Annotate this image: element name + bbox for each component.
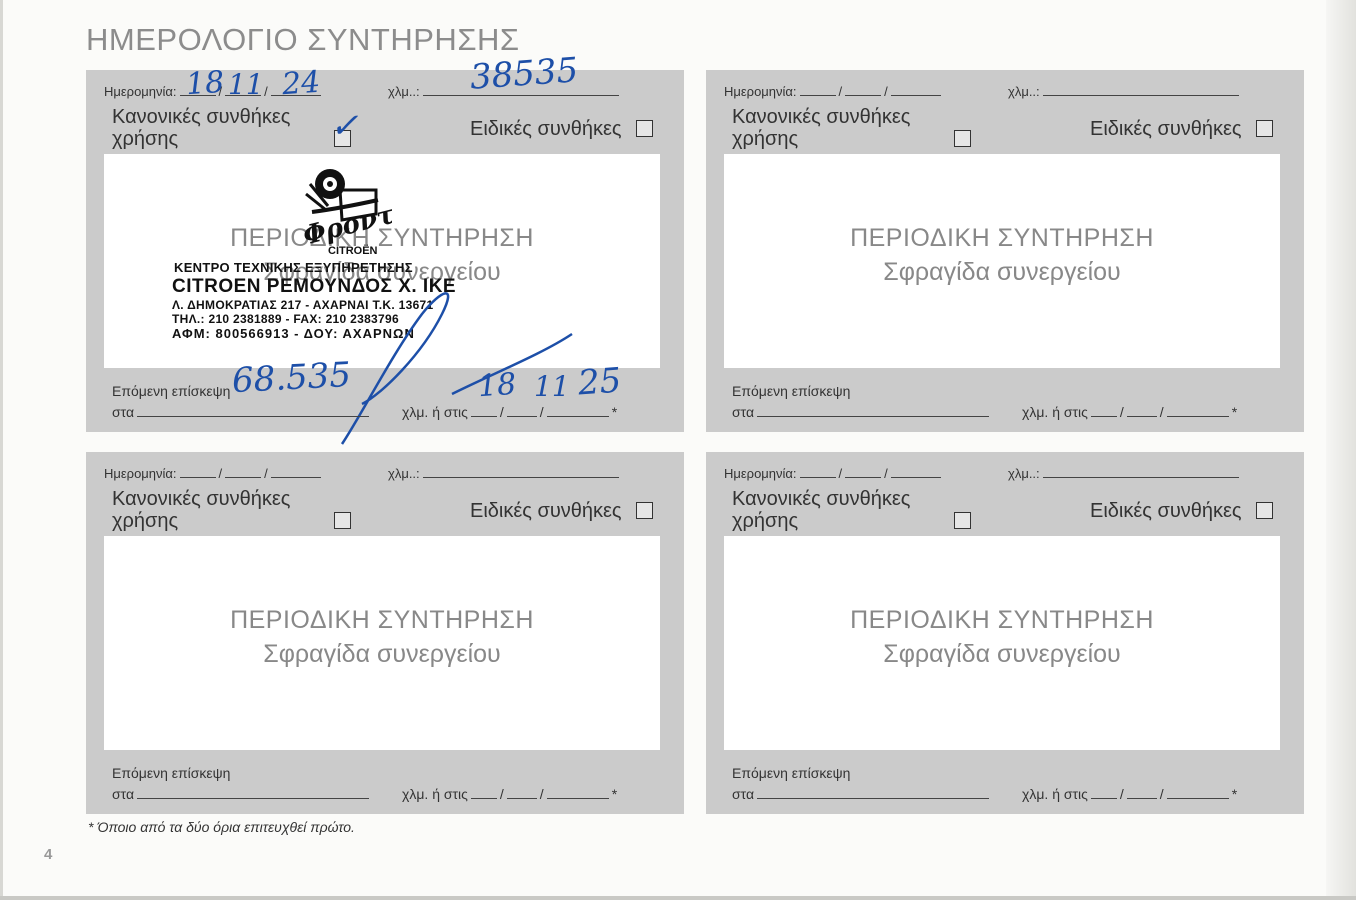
- date-label: Ημερομηνία:: [104, 466, 177, 481]
- next-visit-date-row: χλμ. ή στις//*: [1022, 404, 1237, 420]
- next-visit-km-row: στα: [732, 404, 992, 420]
- page-bottom-edge: [0, 896, 1356, 900]
- date-label: Ημερομηνία:: [724, 466, 797, 481]
- km-or-at-label: χλμ. ή στις: [1022, 404, 1088, 420]
- date-field-row: Ημερομηνία://: [104, 465, 324, 481]
- km-label: χλμ..:: [1008, 466, 1040, 481]
- at-label: στα: [732, 404, 754, 420]
- handwritten-date-year: 24: [281, 65, 322, 103]
- km-or-at-label: χλμ. ή στις: [402, 786, 468, 802]
- next-visit-day-field[interactable]: [1091, 786, 1117, 799]
- date-month-field[interactable]: [845, 83, 881, 96]
- normal-conditions-label: Κανονικές συνθήκες χρήσης: [112, 106, 290, 150]
- date-label: Ημερομηνία:: [724, 84, 797, 99]
- handwritten-date-day: 18: [185, 65, 226, 103]
- maintenance-entry-card: Ημερομηνία:// χλμ..: Κανονικές συνθήκες …: [86, 70, 684, 432]
- asterisk: *: [1232, 404, 1237, 420]
- date-label: Ημερομηνία:: [104, 84, 177, 99]
- km-field-row: χλμ..:: [1008, 83, 1242, 99]
- next-visit-label: Επόμενη επίσκεψη: [112, 383, 230, 399]
- date-year-field[interactable]: [891, 83, 941, 96]
- handwritten-km: 38535: [469, 50, 580, 97]
- date-field-row: Ημερομηνία://: [724, 465, 944, 481]
- maintenance-entry-card: Ημερομηνία:// χλμ..: Κανονικές συνθήκες …: [706, 452, 1304, 814]
- page-left-edge: [0, 0, 3, 900]
- date-separator: /: [219, 466, 223, 481]
- km-or-at-label: χλμ. ή στις: [402, 404, 468, 420]
- periodic-maintenance-label: ΠΕΡΙΟΔΙΚΗ ΣΥΝΤΗΡΗΣΗ: [104, 606, 660, 635]
- asterisk: *: [1232, 786, 1237, 802]
- page-binding-shadow: [1326, 0, 1356, 900]
- km-field[interactable]: [1043, 465, 1239, 478]
- next-visit-day-field[interactable]: [471, 786, 497, 799]
- signature-icon: [322, 244, 582, 474]
- footnote: * Όποιο από τα δύο όρια επιτευχθεί πρώτο…: [88, 819, 355, 835]
- date-month-field[interactable]: [845, 465, 881, 478]
- workshop-stamp-area: ΠΕΡΙΟΔΙΚΗ ΣΥΝΤΗΡΗΣΗ Σφραγίδα συνεργείου …: [104, 154, 660, 368]
- date-separator: /: [839, 466, 843, 481]
- at-label: στα: [112, 786, 134, 802]
- km-label: χλμ..:: [388, 84, 420, 99]
- normal-conditions-label: Κανονικές συνθήκες χρήσης: [732, 488, 910, 532]
- citroen-care-logo-icon: Φροντίδα CITROËN: [282, 164, 392, 256]
- workshop-stamp-area: ΠΕΡΙΟΔΙΚΗ ΣΥΝΤΗΡΗΣΗ Σφραγίδα συνεργείου: [724, 154, 1280, 368]
- km-label: χλμ..:: [388, 466, 420, 481]
- date-year-field[interactable]: [271, 465, 321, 478]
- normal-conditions-line2: χρήσης: [732, 128, 910, 150]
- date-separator: /: [1120, 786, 1124, 802]
- km-field[interactable]: [423, 465, 619, 478]
- workshop-stamp-area: ΠΕΡΙΟΔΙΚΗ ΣΥΝΤΗΡΗΣΗ Σφραγίδα συνεργείου: [724, 536, 1280, 750]
- date-separator: /: [500, 786, 504, 802]
- next-visit-km-row: στα: [732, 786, 992, 802]
- date-field-row: Ημερομηνία://: [724, 83, 944, 99]
- next-visit-day-field[interactable]: [1091, 404, 1117, 417]
- special-conditions-checkbox[interactable]: [636, 502, 653, 519]
- handwritten-next-month: 11: [534, 370, 570, 403]
- special-conditions-label: Ειδικές συνθήκες: [1090, 118, 1242, 141]
- date-year-field[interactable]: [891, 465, 941, 478]
- asterisk: *: [612, 786, 617, 802]
- normal-conditions-checkbox[interactable]: [334, 512, 351, 529]
- periodic-maintenance-label: ΠΕΡΙΟΔΙΚΗ ΣΥΝΤΗΡΗΣΗ: [724, 224, 1280, 253]
- periodic-maintenance-label: ΠΕΡΙΟΔΙΚΗ ΣΥΝΤΗΡΗΣΗ: [724, 606, 1280, 635]
- date-day-field[interactable]: [800, 465, 836, 478]
- workshop-seal-label: Σφραγίδα συνεργείου: [104, 640, 660, 669]
- normal-conditions-line2: χρήσης: [112, 128, 290, 150]
- km-field-row: χλμ..:: [1008, 465, 1242, 481]
- normal-conditions-label: Κανονικές συνθήκες χρήσης: [732, 106, 910, 150]
- special-conditions-label: Ειδικές συνθήκες: [470, 118, 622, 141]
- next-visit-month-field[interactable]: [1127, 404, 1157, 417]
- next-visit-label: Επόμενη επίσκεψη: [732, 383, 850, 399]
- special-conditions-checkbox[interactable]: [636, 120, 653, 137]
- date-separator: /: [884, 466, 888, 481]
- date-separator: /: [1160, 404, 1164, 420]
- date-day-field[interactable]: [800, 83, 836, 96]
- workshop-seal-label: Σφραγίδα συνεργείου: [724, 640, 1280, 669]
- next-visit-year-field[interactable]: [547, 786, 609, 799]
- at-label: στα: [732, 786, 754, 802]
- next-visit-date-row: χλμ. ή στις//*: [402, 786, 617, 802]
- workshop-seal-label: Σφραγίδα συνεργείου: [724, 258, 1280, 287]
- handwritten-checkmark-icon: ✓: [330, 106, 359, 146]
- normal-conditions-line2: χρήσης: [112, 510, 290, 532]
- next-visit-month-field[interactable]: [1127, 786, 1157, 799]
- next-visit-label: Επόμενη επίσκεψη: [732, 765, 850, 781]
- next-visit-date-row: χλμ. ή στις//*: [1022, 786, 1237, 802]
- page-number: 4: [44, 846, 52, 863]
- km-or-at-label: χλμ. ή στις: [1022, 786, 1088, 802]
- date-separator: /: [540, 786, 544, 802]
- date-separator: /: [1120, 404, 1124, 420]
- special-conditions-label: Ειδικές συνθήκες: [1090, 500, 1242, 523]
- next-visit-km-row: στα: [112, 404, 372, 420]
- next-visit-date-row: χλμ. ή στις//*: [402, 404, 617, 420]
- next-visit-year-field[interactable]: [1167, 404, 1229, 417]
- normal-conditions-label: Κανονικές συνθήκες χρήσης: [112, 488, 290, 532]
- maintenance-entry-card: Ημερομηνία:// χλμ..: Κανονικές συνθήκες …: [706, 70, 1304, 432]
- date-day-field[interactable]: [180, 465, 216, 478]
- handwritten-date-month: 11: [228, 68, 264, 101]
- asterisk: *: [612, 404, 617, 420]
- next-visit-km-field[interactable]: [137, 404, 369, 417]
- date-separator: /: [540, 404, 544, 420]
- page-title: ΗΜΕΡΟΛΟΓΙΟ ΣΥΝΤΗΡΗΣΗΣ: [86, 22, 520, 58]
- next-visit-km-field[interactable]: [757, 404, 989, 417]
- handwritten-next-year: 25: [577, 361, 623, 404]
- next-visit-km-field[interactable]: [757, 786, 989, 799]
- svg-text:Φροντίδα: Φροντίδα: [300, 188, 392, 252]
- handwritten-next-km: 68.535: [231, 355, 352, 401]
- special-conditions-checkbox[interactable]: [1256, 120, 1273, 137]
- next-visit-km-field[interactable]: [137, 786, 369, 799]
- normal-conditions-checkbox[interactable]: [954, 512, 971, 529]
- km-label: χλμ..:: [1008, 84, 1040, 99]
- workshop-rubber-stamp: Φροντίδα CITROËN ΚΕΝΤΡΟ ΤΕΧΝΙΚΗΣ ΕΞΥΠΗΡΕ…: [172, 164, 512, 364]
- date-separator: /: [1160, 786, 1164, 802]
- date-month-field[interactable]: [225, 465, 261, 478]
- normal-conditions-line1: Κανονικές συνθήκες: [732, 106, 910, 128]
- next-visit-month-field[interactable]: [507, 786, 537, 799]
- next-visit-month-field[interactable]: [507, 404, 537, 417]
- at-label: στα: [112, 404, 134, 420]
- normal-conditions-checkbox[interactable]: [954, 130, 971, 147]
- normal-conditions-line2: χρήσης: [732, 510, 910, 532]
- workshop-stamp-area: ΠΕΡΙΟΔΙΚΗ ΣΥΝΤΗΡΗΣΗ Σφραγίδα συνεργείου: [104, 536, 660, 750]
- date-separator: /: [264, 84, 268, 99]
- date-separator: /: [884, 84, 888, 99]
- next-visit-year-field[interactable]: [547, 404, 609, 417]
- km-field-row: χλμ..:: [388, 465, 622, 481]
- date-separator: /: [500, 404, 504, 420]
- next-visit-label: Επόμενη επίσκεψη: [112, 765, 230, 781]
- special-conditions-label: Ειδικές συνθήκες: [470, 500, 622, 523]
- normal-conditions-line1: Κανονικές συνθήκες: [732, 488, 910, 510]
- maintenance-entry-card: Ημερομηνία:// χλμ..: Κανονικές συνθήκες …: [86, 452, 684, 814]
- normal-conditions-line1: Κανονικές συνθήκες: [112, 106, 290, 128]
- date-separator: /: [264, 466, 268, 481]
- next-visit-km-row: στα: [112, 786, 372, 802]
- special-conditions-checkbox[interactable]: [1256, 502, 1273, 519]
- km-field[interactable]: [1043, 83, 1239, 96]
- date-separator: /: [839, 84, 843, 99]
- normal-conditions-line1: Κανονικές συνθήκες: [112, 488, 290, 510]
- next-visit-day-field[interactable]: [471, 404, 497, 417]
- next-visit-year-field[interactable]: [1167, 786, 1229, 799]
- handwritten-next-day: 18: [477, 367, 518, 405]
